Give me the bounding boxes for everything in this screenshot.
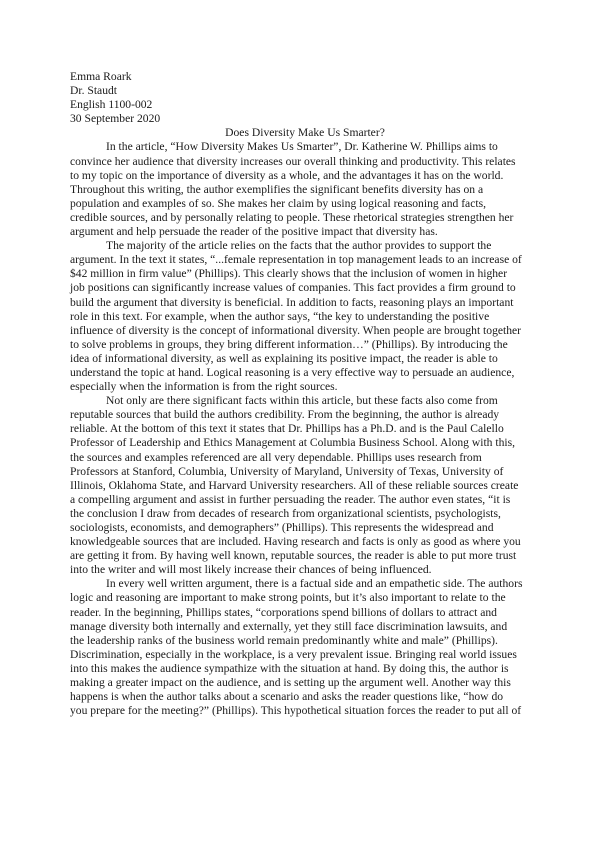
paragraph-line: In every well written argument, there is… [70,577,540,591]
paragraph-line: the sources and examples referenced are … [70,451,540,465]
paragraph-line: especially when the information is from … [70,380,540,394]
paragraph-line: making a greater impact on the audience,… [70,676,540,690]
paragraph-line: reputable sources that build the authors… [70,408,540,422]
paragraph-2: The majority of the article relies on th… [70,239,540,394]
paragraph-line: argument and help persuade the reader of… [70,225,540,239]
paragraph-1: In the article, “How Diversity Makes Us … [70,140,540,239]
essay-date: 30 September 2020 [70,112,540,126]
essay-title: Does Diversity Make Us Smarter? [70,126,540,140]
paragraph-line: The majority of the article relies on th… [70,239,540,253]
paragraph-line: reader. In the beginning, Phillips state… [70,606,540,620]
paragraph-line: influence of diversity is the concept of… [70,324,540,338]
paragraph-line: build the argument that diversity is ben… [70,296,540,310]
paragraph-line: happens is when the author talks about a… [70,690,540,704]
essay-body: Emma Roark Dr. Staudt English 1100-002 3… [70,70,540,718]
paragraph-line: into this makes the audience sympathize … [70,662,540,676]
paragraph-line: idea of informational diversity, as well… [70,352,540,366]
paragraph-line: knowledgeable sources that are included.… [70,535,540,549]
paragraph-line: Discrimination, especially in the workpl… [70,648,540,662]
header-block: Emma Roark Dr. Staudt English 1100-002 3… [70,70,540,126]
paragraph-line: into the writer and will most likely inc… [70,563,540,577]
paragraph-line: Throughout this writing, the author exem… [70,183,540,197]
document-page: Emma Roark Dr. Staudt English 1100-002 3… [0,0,595,842]
paragraph-line: logic and reasoning are important to mak… [70,591,540,605]
paragraph-line: In the article, “How Diversity Makes Us … [70,140,540,154]
paragraph-line: reliable. At the bottom of this text it … [70,422,540,436]
paragraph-line: credible sources, and by personally rela… [70,211,540,225]
paragraph-line: $42 million in firm value” (Phillips). T… [70,267,540,281]
paragraph-line: the leadership ranks of the business wor… [70,634,540,648]
paragraph-line: job positions can significantly increase… [70,281,540,295]
paragraph-3: Not only are there significant facts wit… [70,394,540,577]
paragraph-line: Professors at Stanford, Columbia, Univer… [70,465,540,479]
paragraph-line: Professor of Leadership and Ethics Manag… [70,436,540,450]
paragraph-line: the conclusion I draw from decades of re… [70,507,540,521]
paragraph-line: sociologists, economists, and demographe… [70,521,540,535]
paragraph-line: a compelling argument and assist in furt… [70,493,540,507]
author-name: Emma Roark [70,70,540,84]
instructor-name: Dr. Staudt [70,84,540,98]
paragraph-line: argument. In the text it states, “...fem… [70,253,540,267]
paragraph-line: you prepare for the meeting?” (Phillips)… [70,704,540,718]
paragraph-line: population and examples of so. She makes… [70,197,540,211]
course-name: English 1100-002 [70,98,540,112]
paragraph-4: In every well written argument, there is… [70,577,540,718]
paragraph-line: Not only are there significant facts wit… [70,394,540,408]
paragraph-line: role in this text. For example, when the… [70,310,540,324]
paragraph-line: to my topic on the importance of diversi… [70,169,540,183]
paragraph-line: are getting it from. By having well know… [70,549,540,563]
paragraph-line: convince her audience that diversity inc… [70,155,540,169]
paragraph-line: Illinois, Oklahoma State, and Harvard Un… [70,479,540,493]
paragraph-line: manage diversity both internally and ext… [70,620,540,634]
paragraph-line: to solve problems in groups, they bring … [70,338,540,352]
paragraph-line: understand the topic at hand. Logical re… [70,366,540,380]
